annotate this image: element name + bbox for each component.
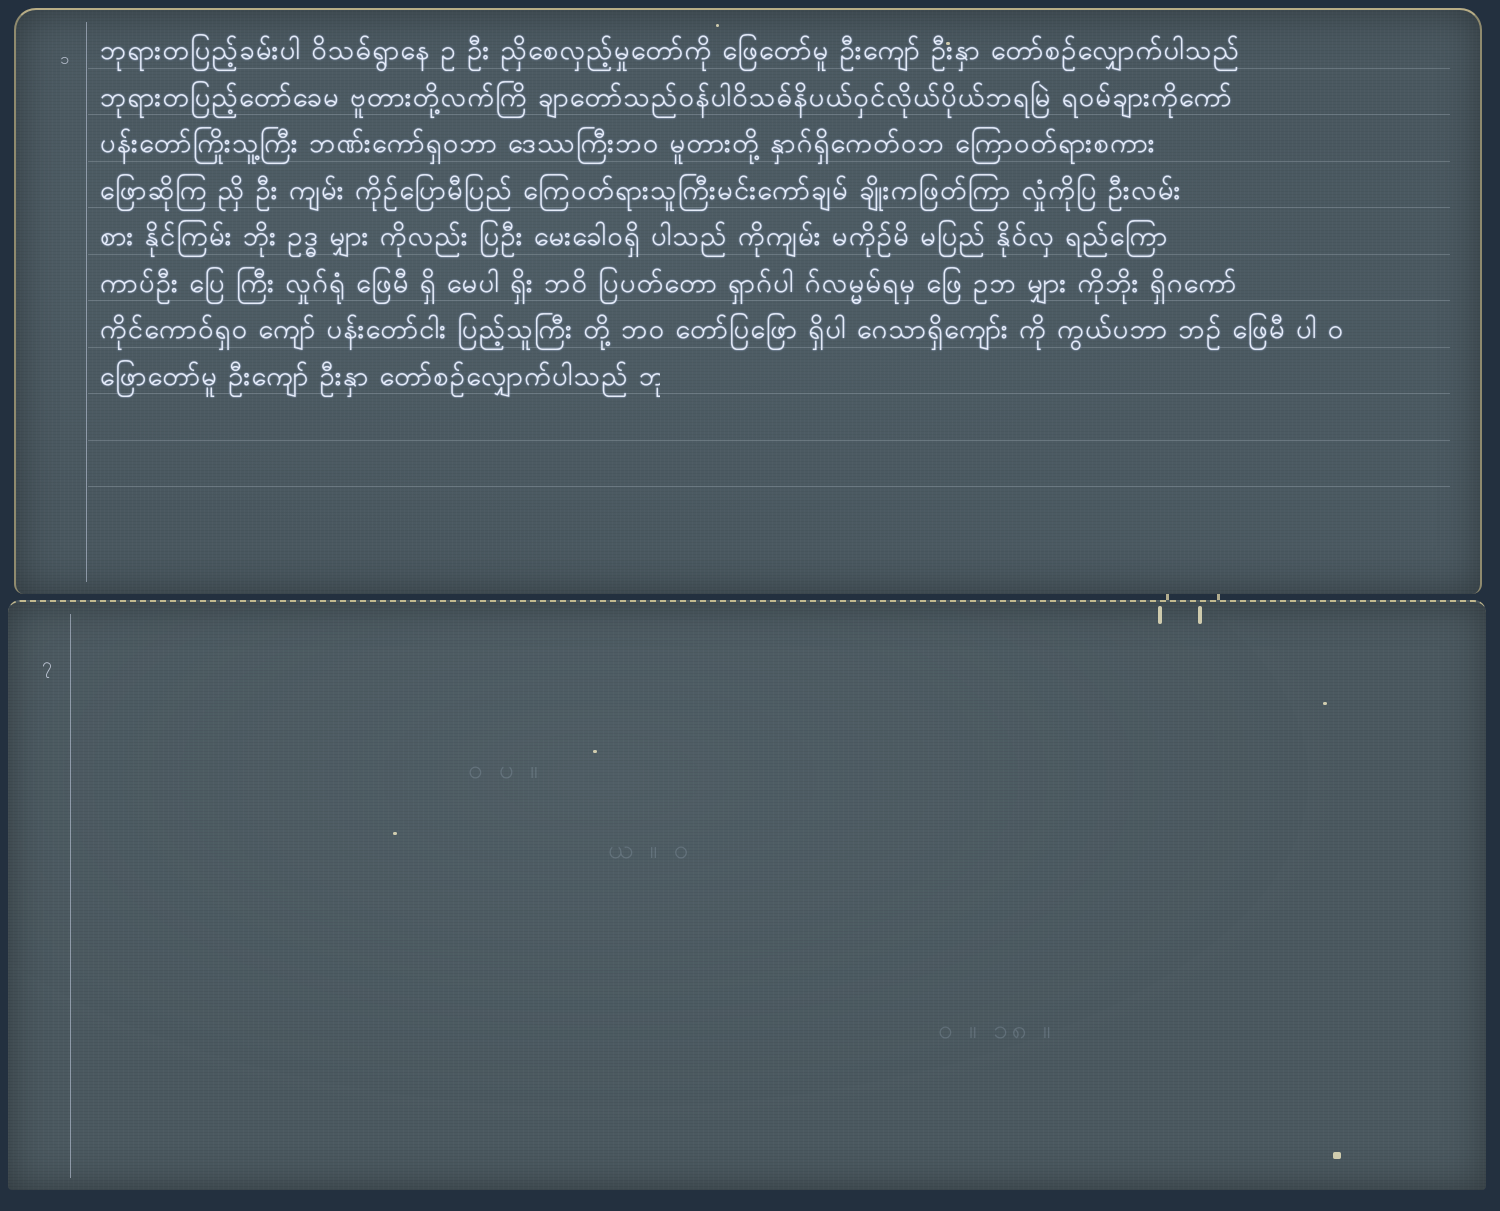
text-line: ဘုရားတပြည့်ခမ်းပါ ဝိသဓ်ရွာနေ ဥ ဦး ညှိစေလ… (100, 28, 1450, 75)
paper-speck (1198, 606, 1202, 624)
paper-speck (1323, 702, 1327, 705)
text-line: ဖြောဆိုကြ ညှိ ဦး ကျမ်း ကိုဉ်ပြောမီပြည် က… (100, 168, 1450, 215)
left-margin-rule (70, 614, 71, 1178)
ruled-line (88, 486, 1450, 487)
manuscript-text: ဘုရားတပြည့်ခမ်းပါ ဝိသဓ်ရွာနေ ဥ ဦး ညှိစေလ… (100, 28, 1450, 400)
text-line: စား နိုင်ကြမ်း ဘိုး ဥဒ္ဓ မျှား ကိုလည်း ပ… (100, 214, 1450, 261)
text-line: ပန်းတော်ကြိုးသူ့ကြီး ဘဏ်းကော်ရှဝဘာ ဒေဿကြ… (100, 121, 1450, 168)
ghost-offset-text: ဝ ပ ။ (468, 752, 542, 791)
paper-speck (393, 832, 397, 835)
manuscript-top-panel: ၁ ဘုရားတပြည့်ခမ်းပါ ဝိသဓ်ရွာနေ ဥ ဦး ညှိစ… (14, 8, 1482, 594)
text-line: ဘုရားတပြည့်တော်ခေမ ဗူတားတို့လက်ကြိ ချာတေ… (100, 75, 1450, 122)
manuscript-bottom-panel: ၇ ဝ ပ ။ ယ ။ ဝ ဝ ။ ၁၈ ။ (8, 600, 1486, 1190)
text-line: ကိုင်ကောဝ်ရှဝ ကျော် ပန်းတော်ငါး ပြည့်သူက… (100, 307, 1450, 354)
text-line: ဖြောတော်မူ ဦးကျော် ဦးနှာ တော်စဉ်လျှောက်ပ… (100, 354, 660, 401)
left-margin-rule (86, 22, 87, 582)
ghost-offset-text: ဝ ။ ၁၈ ။ (938, 1012, 1055, 1051)
folio-number: ၇ (42, 652, 52, 679)
paper-speck (1158, 606, 1162, 624)
ghost-offset-text: ယ ။ ဝ (608, 832, 692, 871)
text-line: ကာပ်ဦး ပြေ ကြီး လှုဂ်ရုံ ဖြေမီ ရှိ မေပါ … (100, 261, 1450, 308)
folio-number: ၁ (60, 48, 69, 72)
paper-speck (946, 42, 950, 45)
ruled-line (88, 440, 1450, 441)
paper-speck (593, 750, 597, 753)
paper-speck (1333, 1152, 1341, 1159)
paper-speck (716, 24, 719, 27)
